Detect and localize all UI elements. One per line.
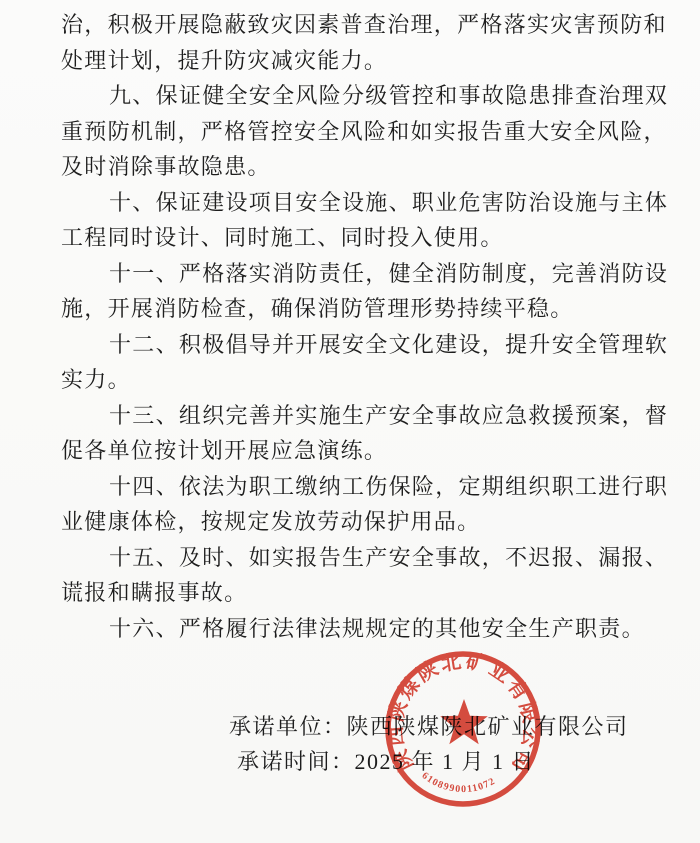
text-line: 治，积极开展隐蔽致灾因素普查治理，严格落实灾害预防和 xyxy=(61,7,673,43)
text-line-clause-13: 十三、组织完善并实施生产安全事故应急救援预案，督 xyxy=(61,398,673,434)
text-line: 实力。 xyxy=(61,362,673,398)
signature-date-label: 承诺时间： xyxy=(237,749,355,774)
text-line: 促各单位按计划开展应急演练。 xyxy=(61,433,673,469)
signature-unit-label: 承诺单位： xyxy=(229,714,347,739)
star-icon xyxy=(440,699,488,744)
text-line: 处理计划，提升防灾减灾能力。 xyxy=(61,43,673,79)
document-page: 治，积极开展隐蔽致灾因素普查治理，严格落实灾害预防和 处理计划，提升防灾减灾能力… xyxy=(0,0,700,843)
text-line-clause-10: 十、保证建设项目安全设施、职业危害防治设施与主体 xyxy=(61,185,673,221)
company-seal: 陕西陕煤陕北矿业有限公司 6108990011072 xyxy=(368,634,558,824)
text-line: 工程同时设计、同时施工、同时投入使用。 xyxy=(61,220,673,256)
seal-code-text: 6108990011072 xyxy=(420,770,498,795)
text-line-clause-11: 十一、严格落实消防责任，健全消防制度，完善消防设 xyxy=(61,256,673,292)
document-body: 治，积极开展隐蔽致灾因素普查治理，严格落实灾害预防和 处理计划，提升防灾减灾能力… xyxy=(61,7,673,646)
text-line: 谎报和瞒报事故。 xyxy=(61,575,673,611)
text-line: 重预防机制，严格管控安全风险和如实报告重大安全风险， xyxy=(61,114,673,150)
text-line: 及时消除事故隐患。 xyxy=(61,149,673,185)
text-line-clause-14: 十四、依法为职工缴纳工伤保险，定期组织职工进行职 xyxy=(61,469,673,505)
text-line: 施，开展消防检查，确保消防管理形势持续平稳。 xyxy=(61,291,673,327)
text-line-clause-9: 九、保证健全安全风险分级管控和事故隐患排查治理双 xyxy=(61,78,673,114)
text-line-clause-15: 十五、及时、如实报告生产安全事故，不迟报、漏报、 xyxy=(61,540,673,576)
text-line-clause-12: 十二、积极倡导并开展安全文化建设，提升安全管理软 xyxy=(61,327,673,363)
text-line: 业健康体检，按规定发放劳动保护用品。 xyxy=(61,504,673,540)
text-line-clause-16: 十六、严格履行法律法规规定的其他安全生产职责。 xyxy=(61,611,673,647)
